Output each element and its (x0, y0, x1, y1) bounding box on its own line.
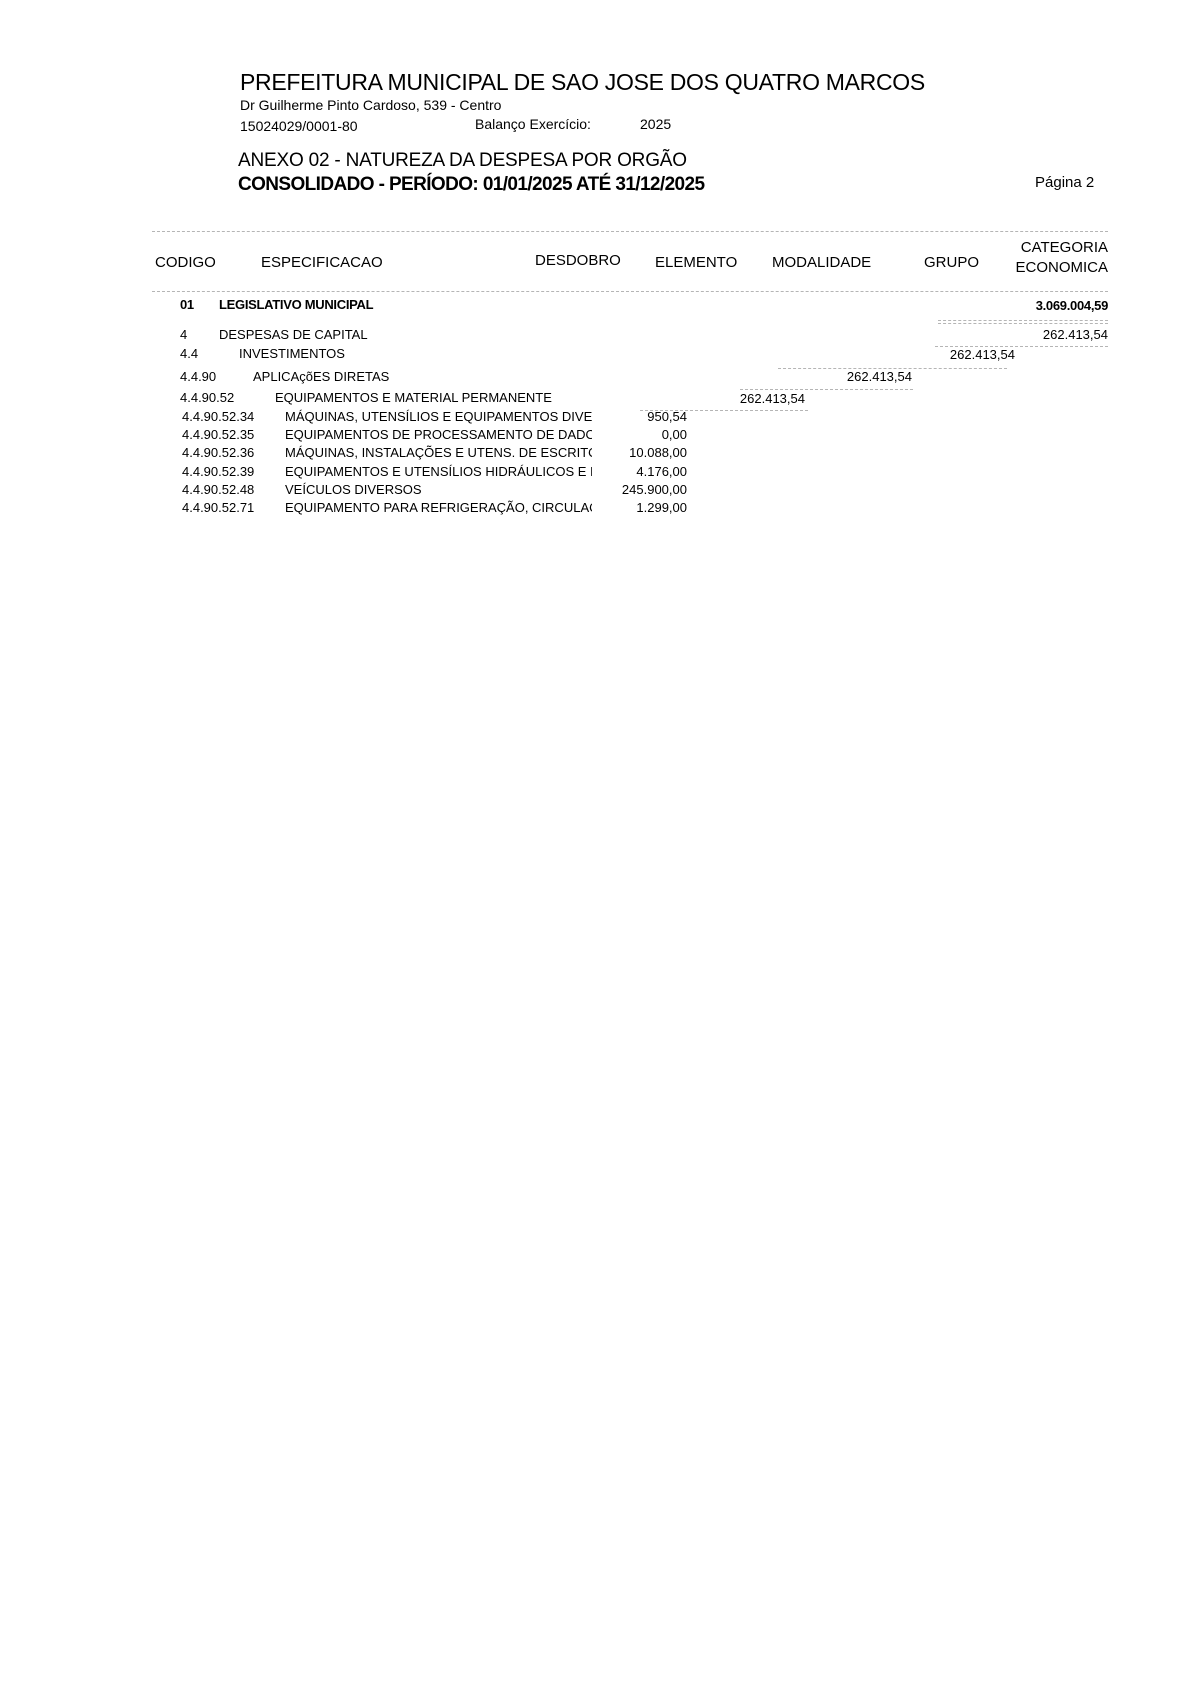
desdobro-value: 950,54 (647, 409, 687, 424)
modalidade-value: 262.413,54 (847, 369, 912, 384)
desdobro-name: EQUIPAMENTOS E UTENSÍLIOS HIDRÁULICOS E … (285, 464, 592, 479)
grupo-name: INVESTIMENTOS (239, 346, 345, 361)
column-grupo: GRUPO (924, 254, 979, 271)
desdobro-name: EQUIPAMENTO PARA REFRIGERAÇÃO, CIRCULAÇÃ… (285, 500, 592, 515)
desdobro-code: 4.4.90.52.71 (182, 500, 254, 515)
desdobro-name: EQUIPAMENTOS DE PROCESSAMENTO DE DADOS (285, 427, 592, 442)
modalidade-code: 4.4.90 (180, 369, 216, 384)
desdobro-name: MÁQUINAS, INSTALAÇÕES E UTENS. DE ESCRIT… (285, 445, 592, 460)
balanco-label: Balanço Exercício: (475, 116, 591, 132)
orgao-code: 01 (180, 297, 194, 312)
orgao-total-underline-2 (938, 323, 1108, 324)
desdobro-code: 4.4.90.52.34 (182, 409, 254, 424)
orgao-total-underline-1 (938, 320, 1108, 321)
desdobro-value: 0,00 (662, 427, 687, 442)
column-codigo: CODIGO (155, 254, 216, 271)
categoria-name: DESPESAS DE CAPITAL (219, 327, 368, 342)
desdobro-value: 4.176,00 (636, 464, 687, 479)
desdobro-value: 10.088,00 (629, 445, 687, 460)
report-title: ANEXO 02 - NATUREZA DA DESPESA POR ORGÃO (238, 150, 687, 172)
column-categoria-line2: ECONOMICA (1015, 258, 1108, 278)
address: Dr Guilherme Pinto Cardoso, 539 - Centro (240, 97, 501, 113)
desdobro-code: 4.4.90.52.48 (182, 482, 254, 497)
orgao-name: LEGISLATIVO MUNICIPAL (219, 297, 373, 312)
desdobro-name: MÁQUINAS, UTENSÍLIOS E EQUIPAMENTOS DIVE… (285, 409, 592, 424)
column-categoria-economica: CATEGORIA ECONOMICA (1015, 238, 1108, 278)
modalidade-name: APLICAçõES DIRETAS (253, 369, 389, 384)
desdobro-code: 4.4.90.52.35 (182, 427, 254, 442)
elemento-name: EQUIPAMENTOS E MATERIAL PERMANENTE (275, 390, 552, 405)
elemento-value: 262.413,54 (740, 391, 805, 406)
orgao-total: 3.069.004,59 (1036, 298, 1108, 313)
desdobro-code: 4.4.90.52.36 (182, 445, 254, 460)
balanco-year: 2025 (640, 116, 671, 132)
modalidade-value-underline (740, 389, 913, 390)
header-top-divider (152, 231, 1108, 232)
report-period: CONSOLIDADO - PERÍODO: 01/01/2025 ATÉ 31… (238, 174, 704, 196)
column-desdobro: DESDOBRO (535, 252, 621, 269)
column-categoria-line1: CATEGORIA (1015, 238, 1108, 258)
column-elemento: ELEMENTO (655, 254, 737, 271)
municipality-title: PREFEITURA MUNICIPAL DE SAO JOSE DOS QUA… (240, 69, 925, 96)
desdobro-value: 1.299,00 (636, 500, 687, 515)
desdobro-code: 4.4.90.52.39 (182, 464, 254, 479)
categoria-code: 4 (180, 327, 187, 342)
column-modalidade: MODALIDADE (772, 254, 871, 271)
elemento-code: 4.4.90.52 (180, 390, 234, 405)
grupo-value: 262.413,54 (950, 347, 1015, 362)
desdobro-name: VEÍCULOS DIVERSOS (285, 482, 592, 497)
page-number: Página 2 (1035, 174, 1094, 191)
grupo-code: 4.4 (180, 346, 198, 361)
header-bottom-divider (152, 291, 1108, 292)
cnpj: 15024029/0001-80 (240, 118, 358, 134)
column-especificacao: ESPECIFICACAO (261, 254, 383, 271)
categoria-value: 262.413,54 (1043, 327, 1108, 342)
desdobro-value: 245.900,00 (622, 482, 687, 497)
